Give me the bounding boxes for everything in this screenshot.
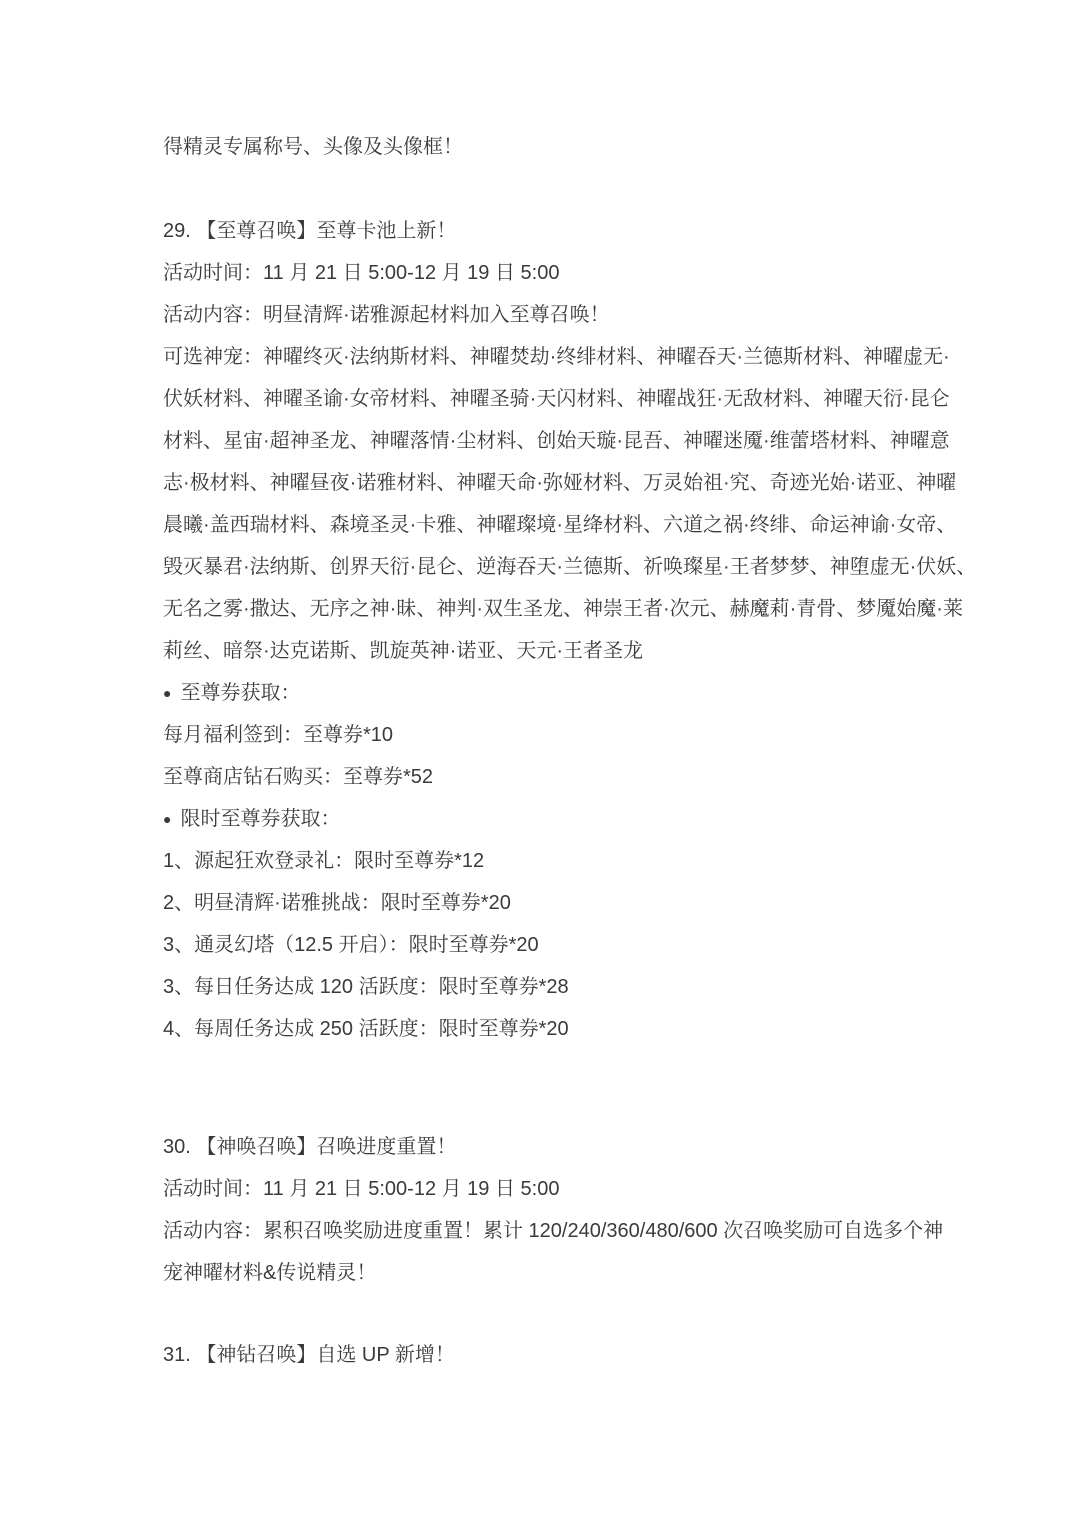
limited-ticket-item: 1、源起狂欢登录礼：限时至尊券*12 <box>163 840 935 882</box>
section-31-heading: 31. 【神钻召唤】自选 UP 新增！ <box>163 1334 935 1376</box>
document-body: 得精灵专属称号、头像及头像框！ 29. 【至尊召唤】至尊卡池上新！ 活动时间：1… <box>163 126 935 1376</box>
limited-ticket-item: 3、通灵幻塔（12.5 开启）：限时至尊券*20 <box>163 924 935 966</box>
section-29-event-time: 活动时间：11 月 21 日 5:00-12 月 19 日 5:00 <box>163 252 935 294</box>
intro-text-line: 得精灵专属称号、头像及头像框！ <box>163 126 935 168</box>
pet-list-line: 晨曦·盖西瑞材料、森境圣灵·卡雅、神曜璨境·星绛材料、六道之祸·终绯、命运神谕·… <box>163 504 935 546</box>
limited-ticket-item: 4、每周任务达成 250 活跃度：限时至尊券*20 <box>163 1008 935 1050</box>
supreme-ticket-bullet: ●至尊券获取： <box>163 672 935 714</box>
section-gap <box>163 1294 935 1334</box>
pet-list-line: 无名之雾·撒达、无序之神·昧、神判·双生圣龙、神崇王者·次元、赫魔莉·青骨、梦魇… <box>163 588 935 630</box>
bullet-icon: ● <box>163 798 171 840</box>
bullet-icon: ● <box>163 672 171 714</box>
section-gap <box>163 1050 935 1126</box>
pet-list-line: 毁灭暴君·法纳斯、创界天衍·昆仑、逆海吞天·兰德斯、祈唤璨星·王者梦梦、神堕虚无… <box>163 546 935 588</box>
pet-list-line: 莉丝、暗祭·达克诺斯、凯旋英神·诺亚、天元·王者圣龙 <box>163 630 935 672</box>
pet-list-line: 材料、星宙·超神圣龙、神曜落情·尘材料、创始天璇·昆吾、神曜迷魇·维蕾塔材料、神… <box>163 420 935 462</box>
bullet-label: 限时至尊券获取： <box>180 808 340 830</box>
limited-ticket-bullet: ●限时至尊券获取： <box>163 798 935 840</box>
limited-ticket-item: 3、每日任务达成 120 活跃度：限时至尊券*28 <box>163 966 935 1008</box>
section-30-event-content: 活动内容：累积召唤奖励进度重置！累计 120/240/360/480/600 次… <box>163 1210 935 1252</box>
supreme-ticket-item: 每月福利签到：至尊券*10 <box>163 714 935 756</box>
supreme-ticket-item: 至尊商店钻石购买：至尊券*52 <box>163 756 935 798</box>
section-30-heading: 30. 【神唤召唤】召唤进度重置！ <box>163 1126 935 1168</box>
pet-list-line: 可选神宠：神曜终灭·法纳斯材料、神曜焚劫·终绯材料、神曜吞天·兰德斯材料、神曜虚… <box>163 336 935 378</box>
section-29-event-content: 活动内容：明昼清辉·诺雅源起材料加入至尊召唤！ <box>163 294 935 336</box>
bullet-label: 至尊券获取： <box>180 682 300 704</box>
limited-ticket-item: 2、明昼清辉·诺雅挑战：限时至尊券*20 <box>163 882 935 924</box>
section-30-event-content: 宠神曜材料&传说精灵！ <box>163 1252 935 1294</box>
pet-list-line: 志·极材料、神曜昼夜·诺雅材料、神曜天命·弥娅材料、万灵始祖·究、奇迹光始·诺亚… <box>163 462 935 504</box>
pet-list-line: 伏妖材料、神曜圣谕·女帝材料、神曜圣骑·天闪材料、神曜战狂·无敌材料、神曜天衍·… <box>163 378 935 420</box>
blank-line <box>163 168 935 210</box>
document-page: 得精灵专属称号、头像及头像框！ 29. 【至尊召唤】至尊卡池上新！ 活动时间：1… <box>0 0 1080 1527</box>
section-29-heading: 29. 【至尊召唤】至尊卡池上新！ <box>163 210 935 252</box>
section-30-event-time: 活动时间：11 月 21 日 5:00-12 月 19 日 5:00 <box>163 1168 935 1210</box>
